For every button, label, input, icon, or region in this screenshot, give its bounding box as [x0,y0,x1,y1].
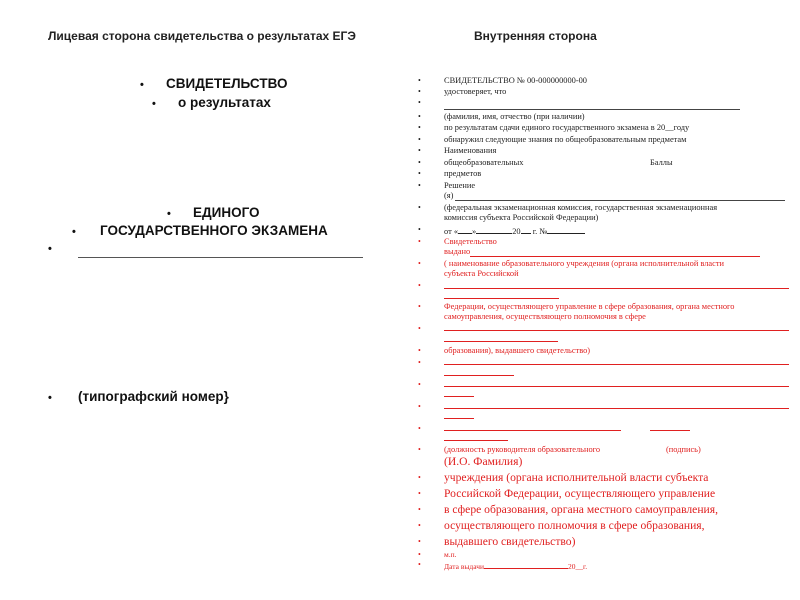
blank-line [444,341,558,342]
row-text: Свидетельство [444,237,497,247]
row-text: общеобразовательных [444,158,523,168]
bullet: • [418,259,421,269]
issue-date-blank [484,560,568,569]
front-item-state-exam: •ГОСУДАРСТВЕННОГО ЭКЗАМЕНА [72,223,328,238]
bullet: • [418,380,421,390]
front-text: СВИДЕТЕЛЬСТВО [152,76,288,91]
bullet: • [418,181,421,191]
row-text: (должность руководителя образовательного [444,445,600,455]
bullet: • [418,135,421,145]
month-blank [476,225,512,234]
date-text: Дата выдачи [444,562,484,571]
bullet: • [418,123,421,133]
front-blank-line [78,257,363,258]
row-text: Российской Федерации, осуществляющего уп… [444,487,715,500]
front-item-results: •о результатах [152,95,271,110]
bullet: • [418,87,421,97]
front-item-certificate: •СВИДЕТЕЛЬСТВО [140,76,288,91]
bullet: • [418,324,421,334]
row-text: выдано [444,247,470,257]
bullet: • [418,550,421,560]
blank-line [444,375,514,376]
front-item-print-number: •(типографский номер} [48,389,229,404]
blank-line [444,408,789,409]
bullet: • [48,243,60,255]
row-text: м.п. [444,550,457,560]
blank-line [444,396,474,397]
front-text: о результатах [164,95,271,110]
row-text: (федеральная экзаменационная комиссия, г… [444,203,717,213]
bullet: • [418,112,421,122]
bullet: • [418,471,421,484]
blank-line [444,288,789,289]
bullet: • [418,402,421,412]
date-text: г. № [533,227,548,236]
bullet: • [418,346,421,356]
front-text: ГОСУДАРСТВЕННОГО ЭКЗАМЕНА [84,223,328,238]
row-text: учреждения (органа исполнительной власти… [444,471,708,484]
signature-blank-line [650,430,690,431]
blank-line [444,298,559,299]
row-text: Решение [444,181,475,191]
row-text: удостоверяет, что [444,87,506,97]
blank-line [444,440,508,441]
bullet: • [418,98,421,108]
row-text: ( наименование образовательного учрежден… [444,259,724,269]
bullet: • [418,519,421,532]
row-text: в сфере образования, органа местного сам… [444,503,718,516]
bullet: • [418,560,421,570]
bullet: • [167,208,179,220]
bullet: • [418,158,421,168]
bullet: • [418,503,421,516]
row-text: субъекта Российской [444,269,519,279]
number-blank [547,225,585,234]
front-text: ЕДИНОГО [179,205,260,220]
blank-line [444,418,474,419]
scores-label: Баллы [650,158,673,168]
row-text: обнаружил следующие знания по общеобразо… [444,135,686,145]
bullet: • [418,358,421,368]
bullet: • [418,169,421,179]
row-text: образования), выдавшего свидетельство) [444,346,590,356]
row-text: предметов [444,169,481,179]
bullet: • [152,98,164,110]
bullet: • [140,79,152,91]
row-text: СВИДЕТЕЛЬСТВО № 00-000000000-00 [444,76,587,86]
blank-line [444,386,789,387]
date-text: 20__г. [568,562,587,571]
position-blank-line [444,430,621,431]
bullet: • [418,237,421,247]
decision-blank-line [455,200,785,201]
bullet: • [72,226,84,238]
year-blank [521,225,531,234]
row-text: осуществляющего полномочия в сфере образ… [444,519,705,532]
row-text: комиссия субъекта Российской Федерации) [444,213,598,223]
bullet: • [418,424,421,434]
bullet: • [418,487,421,500]
bullet: • [418,302,421,312]
date-text: 20 [512,227,520,236]
bullet: • [418,225,421,235]
front-side-heading: Лицевая сторона свидетельства о результа… [48,29,356,43]
fio-blank-line [444,109,740,110]
bullet: • [48,392,60,404]
row-text: Федерации, осуществляющего управление в … [444,302,734,312]
inner-side-heading: Внутренняя сторона [474,29,597,43]
bullet: • [418,146,421,156]
blank-line [444,364,789,365]
row-text: (я) [444,191,453,201]
row-text: Наименования [444,146,496,156]
front-text: (типографский номер} [60,389,229,404]
date-text: от « [444,227,458,236]
front-item-blank: • [48,240,60,255]
issued-blank-line [470,256,760,257]
signature-caption: (подпись) [666,445,701,455]
bullet: • [418,281,421,291]
bullet: • [418,203,421,213]
row-text: самоуправления, осуществляющего полномоч… [444,312,646,322]
row-text: (И.О. Фамилия) [444,455,522,468]
row-text: (фамилия, имя, отчество (при наличии) [444,112,585,122]
day-blank [458,225,472,234]
bullet: • [418,535,421,548]
bullet: • [418,445,421,455]
blank-line [444,330,789,331]
bullet: • [418,76,421,86]
row-text: по результатам сдачи единого государстве… [444,123,689,133]
row-text: выдавшего свидетельство) [444,535,575,548]
front-item-unified: •ЕДИНОГО [167,205,260,220]
